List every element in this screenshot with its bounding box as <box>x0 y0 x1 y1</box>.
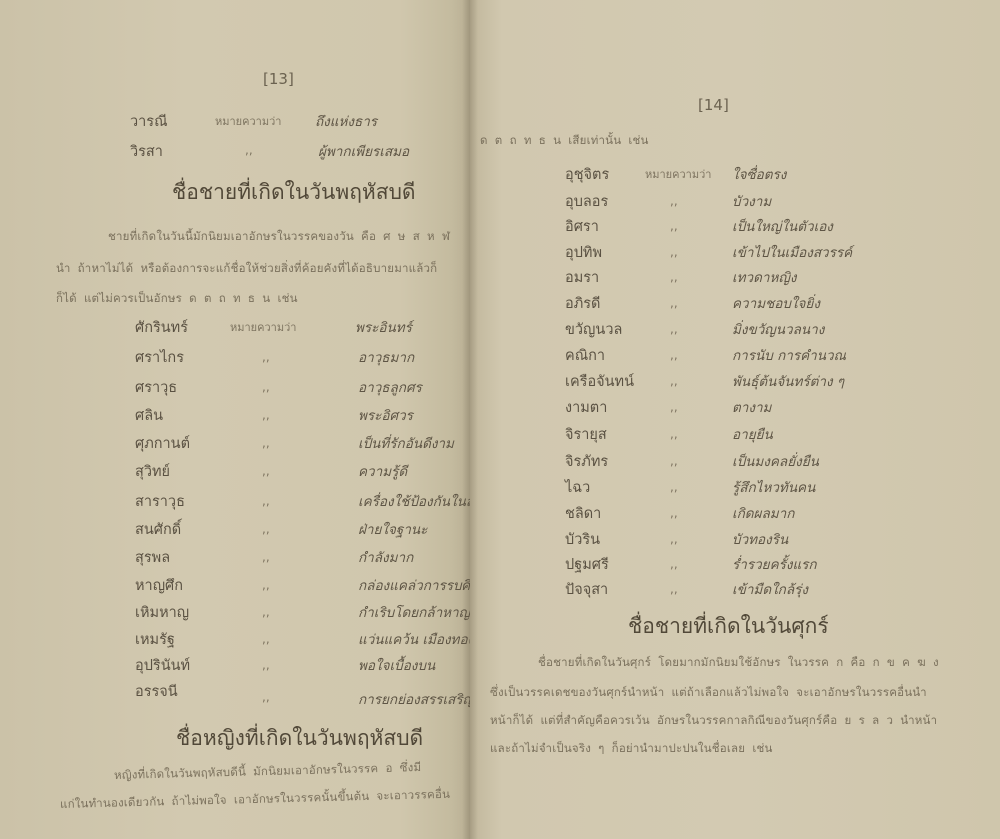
entry-name: หาญศึก <box>135 574 183 597</box>
entry-name: บัวริน <box>565 528 600 551</box>
ditto-mark: ,, <box>670 506 678 520</box>
entry-name: ไฉว <box>565 476 590 499</box>
entry-meaning: เข้าไปในเมืองสวรรค์ <box>732 241 852 263</box>
entry-name: ศราไกร <box>135 346 184 369</box>
ditto-mark: ,, <box>262 632 270 646</box>
entry-name: สุรพล <box>135 546 170 569</box>
name-entry: อุปทิพ ,, เข้าไปในเมืองสวรรค์ <box>470 241 1000 265</box>
ditto-mark: ,, <box>670 400 678 414</box>
entry-name: วิรสา <box>130 140 163 163</box>
name-entry: ศลิน ,, พระอิศวร <box>0 404 470 428</box>
entry-name: เหิมหาญ <box>135 601 189 624</box>
ditto-mark: ,, <box>262 494 270 508</box>
name-entry: ปัจจุสา ,, เข้ามืดใกล้รุ่ง <box>470 578 1000 602</box>
entry-name: อุชุจิตร <box>565 163 609 186</box>
ditto-mark: ,, <box>670 296 678 310</box>
name-entry: เครือจันทน์ ,, พันธุ์ต้นจันทร์ต่าง ๆ <box>470 370 1000 394</box>
name-entry: อุบลอร ,, บัวงาม <box>470 190 1000 214</box>
name-entry: ชลิดา ,, เกิดผลมาก <box>470 502 1000 526</box>
ditto-mark: ,, <box>262 690 270 704</box>
entry-name: อภิรดี <box>565 292 600 315</box>
entry-meaning: บัวทองริน <box>732 528 788 550</box>
paragraph-line: แก่ในทำนองเดียวกัน ถ้าไม่พอใจ เอาอักษรใน… <box>60 786 451 814</box>
name-entry: ศราวุธ ,, อาวุธลูกศร <box>0 376 470 400</box>
name-entry: อุปรินันท์ ,, พอใจเบื้องบน <box>0 654 470 678</box>
name-entry: ขวัญนวล ,, มิ่งขวัญนวลนาง <box>470 318 1000 342</box>
name-entry: ศักรินทร์ หมายความว่า พระอินทร์ <box>0 316 470 340</box>
entry-name: สนศักดิ์ <box>135 518 181 541</box>
ditto-mark: ,, <box>670 557 678 571</box>
entry-name: ศุภกานต์ <box>135 432 190 455</box>
page-number: [14] <box>698 96 729 114</box>
page-number: [13] <box>263 70 294 88</box>
entry-name: อุปทิพ <box>565 241 602 264</box>
paragraph-line: ด ต ถ ท ธ น เสียเท่านั้น เช่น <box>480 132 649 150</box>
entry-meaning: รู้สึกไหวทันคน <box>732 476 815 498</box>
entry-meaning: เข้ามืดใกล้รุ่ง <box>732 578 808 600</box>
entry-meaning: เป็นมงคลยั่งยืน <box>732 450 819 472</box>
paragraph-line: และถ้าไม่จำเป็นจริง ๆ ก็อย่านำมาปะปนในชื… <box>490 740 773 758</box>
entry-meaning: พระอิศวร <box>358 404 413 426</box>
section-heading: ชื่อชายที่เกิดในวันศุกร์ <box>628 610 829 643</box>
name-entry: อรรจนี ,, การยกย่องสรรเสริญ <box>0 680 470 704</box>
left-page: [13] วารณี หมายความว่า ถึงแห่งธาร วิรสา … <box>0 0 470 839</box>
ditto-mark: ,, <box>262 578 270 592</box>
name-entry: บัวริน ,, บัวทองริน <box>470 528 1000 552</box>
entry-meaning: เครื่องใช้ป้องกันในสงคราม <box>358 490 470 512</box>
entry-name: คณิกา <box>565 344 605 367</box>
entry-name: ศราวุธ <box>135 376 177 399</box>
name-entry: ศุภกานต์ ,, เป็นที่รักอันดีงาม <box>0 432 470 456</box>
entry-name: อุบลอร <box>565 190 608 213</box>
entry-meaning: อาวุธมาก <box>358 346 414 368</box>
entry-meaning: ผู้พากเพียรเสมอ <box>318 140 409 162</box>
name-entry: เหิมหาญ ,, กำเริบโดยกล้าหาญ <box>0 601 470 625</box>
ditto-mark: ,, <box>670 374 678 388</box>
paragraph-line: ซึ่งเป็นวรรคเดชของวันศุกร์นำหน้า แต่ถ้าเ… <box>490 684 927 702</box>
entry-name: ชลิดา <box>565 502 601 525</box>
ditto-mark: ,, <box>670 480 678 494</box>
ditto-mark: ,, <box>262 408 270 422</box>
name-entry: หาญศึก ,, กล่องแคล่วการรบศึก <box>0 574 470 598</box>
ditto-mark: ,, <box>262 658 270 672</box>
entry-meaning: เทวดาหญิง <box>732 266 796 288</box>
name-entry: อมรา ,, เทวดาหญิง <box>470 266 1000 290</box>
paragraph-line: ก็ได้ แต่ไม่ควรเป็นอักษร ด ต ถ ท ธ น เช่… <box>56 290 298 308</box>
entry-meaning: กำเริบโดยกล้าหาญ <box>358 601 470 623</box>
ditto-mark: ,, <box>245 143 253 157</box>
name-entry: อิศรา ,, เป็นใหญ่ในตัวเอง <box>470 215 1000 239</box>
name-entry: งามตา ,, ตางาม <box>470 396 1000 420</box>
entry-meaning: เกิดผลมาก <box>732 502 794 524</box>
entry-meaning: อายุยืน <box>732 423 773 445</box>
entry-meaning: พระอินทร์ <box>355 316 412 338</box>
entry-name: อิศรา <box>565 215 599 238</box>
entry-name: ศลิน <box>135 404 163 427</box>
entry-name: อมรา <box>565 266 599 289</box>
ditto-mark: ,, <box>670 582 678 596</box>
entry-name: งามตา <box>565 396 607 419</box>
entry-name: ปฐมศรี <box>565 553 609 576</box>
ditto-mark: ,, <box>262 436 270 450</box>
name-entry: วิรสา ,, ผู้พากเพียรเสมอ <box>0 140 470 164</box>
paragraph-line: หน้าก็ได้ แต่ที่สำคัญคือควรเว้น อักษรในว… <box>490 712 937 730</box>
entry-meaning: ใจซื่อตรง <box>732 163 786 185</box>
paragraph-line: หญิงที่เกิดในวันพฤหัสบดีนี้ มักนิยมเอาอั… <box>114 759 422 785</box>
book-gutter <box>462 0 478 839</box>
name-entry: ไฉว ,, รู้สึกไหวทันคน <box>470 476 1000 500</box>
ditto-mark: ,, <box>670 427 678 441</box>
ditto-mark: ,, <box>670 348 678 362</box>
entry-label: หมายความว่า <box>645 165 711 183</box>
name-entry: สุวิทย์ ,, ความรู้ดี <box>0 460 470 484</box>
entry-name: วารณี <box>130 110 168 133</box>
paragraph-line: ชายที่เกิดในวันนี้มักนิยมเอาอักษรในวรรคข… <box>108 228 450 246</box>
entry-meaning: กำลังมาก <box>358 546 413 568</box>
entry-meaning: ถึงแห่งธาร <box>315 110 377 132</box>
ditto-mark: ,, <box>262 605 270 619</box>
name-entry: จิรภัทร ,, เป็นมงคลยั่งยืน <box>470 450 1000 474</box>
entry-meaning: พอใจเบื้องบน <box>358 654 435 676</box>
section-heading: ชื่อหญิงที่เกิดในวันพฤหัสบดี <box>176 722 423 755</box>
name-entry: สนศักดิ์ ,, ฝ่ายใจฐานะ <box>0 518 470 542</box>
name-entry: เหมรัฐ ,, แว่นแคว้น เมืองทอง <box>0 628 470 652</box>
entry-meaning: ร่ำรวยครั้งแรก <box>732 553 817 575</box>
ditto-mark: ,, <box>670 245 678 259</box>
name-entry: อุชุจิตร หมายความว่า ใจซื่อตรง <box>470 163 1000 187</box>
ditto-mark: ,, <box>670 194 678 208</box>
entry-name: เครือจันทน์ <box>565 370 634 393</box>
name-entry: ศราไกร ,, อาวุธมาก <box>0 346 470 370</box>
name-entry: ปฐมศรี ,, ร่ำรวยครั้งแรก <box>470 553 1000 577</box>
entry-meaning: ความชอบใจยิ่ง <box>732 292 820 314</box>
name-entry: วารณี หมายความว่า ถึงแห่งธาร <box>0 110 470 134</box>
ditto-mark: ,, <box>262 380 270 394</box>
name-entry: อภิรดี ,, ความชอบใจยิ่ง <box>470 292 1000 316</box>
name-entry: สุรพล ,, กำลังมาก <box>0 546 470 570</box>
entry-meaning: เป็นที่รักอันดีงาม <box>358 432 454 454</box>
ditto-mark: ,, <box>670 270 678 284</box>
name-entry: คณิกา ,, การนับ การคำนวณ <box>470 344 1000 368</box>
entry-meaning: บัวงาม <box>732 190 771 212</box>
entry-name: จิรายุส <box>565 423 607 446</box>
ditto-mark: ,, <box>262 350 270 364</box>
ditto-mark: ,, <box>670 219 678 233</box>
entry-label: หมายความว่า <box>230 318 296 336</box>
ditto-mark: ,, <box>670 454 678 468</box>
entry-meaning: ความรู้ดี <box>358 460 407 482</box>
entry-meaning: อาวุธลูกศร <box>358 376 422 398</box>
ditto-mark: ,, <box>262 550 270 564</box>
ditto-mark: ,, <box>262 522 270 536</box>
entry-meaning: แว่นแคว้น เมืองทอง <box>358 628 470 650</box>
entry-meaning: มิ่งขวัญนวลนาง <box>732 318 824 340</box>
ditto-mark: ,, <box>262 464 270 478</box>
right-page: [14] ด ต ถ ท ธ น เสียเท่านั้น เช่น อุชุจ… <box>470 0 1000 839</box>
entry-name: ศักรินทร์ <box>135 316 188 339</box>
entry-meaning: การนับ การคำนวณ <box>732 344 846 366</box>
entry-meaning: การยกย่องสรรเสริญ <box>358 688 470 710</box>
paragraph-line: นำ ถ้าหาไม่ได้ หรือต้องการจะแก้ชื่อให้ช่… <box>56 260 437 278</box>
entry-meaning: ฝ่ายใจฐานะ <box>358 518 427 540</box>
entry-meaning: ตางาม <box>732 396 771 418</box>
entry-name: สุวิทย์ <box>135 460 170 483</box>
entry-name: ปัจจุสา <box>565 578 608 601</box>
entry-name: ขวัญนวล <box>565 318 622 341</box>
entry-name: อรรจนี <box>135 680 178 703</box>
name-entry: จิรายุส ,, อายุยืน <box>470 423 1000 447</box>
entry-meaning: พันธุ์ต้นจันทร์ต่าง ๆ <box>732 370 844 392</box>
entry-label: หมายความว่า <box>215 112 281 130</box>
name-entry: สาราวุธ ,, เครื่องใช้ป้องกันในสงคราม <box>0 490 470 514</box>
ditto-mark: ,, <box>670 322 678 336</box>
entry-name: อุปรินันท์ <box>135 654 190 677</box>
entry-meaning: กล่องแคล่วการรบศึก <box>358 574 470 596</box>
ditto-mark: ,, <box>670 532 678 546</box>
paragraph-line: ชื่อชายที่เกิดในวันศุกร์ โดยมากมักนิยมใช… <box>538 654 939 672</box>
section-heading: ชื่อชายที่เกิดในวันพฤหัสบดี <box>172 176 416 209</box>
entry-meaning: เป็นใหญ่ในตัวเอง <box>732 215 833 237</box>
entry-name: เหมรัฐ <box>135 628 175 651</box>
entry-name: สาราวุธ <box>135 490 185 513</box>
entry-name: จิรภัทร <box>565 450 608 473</box>
